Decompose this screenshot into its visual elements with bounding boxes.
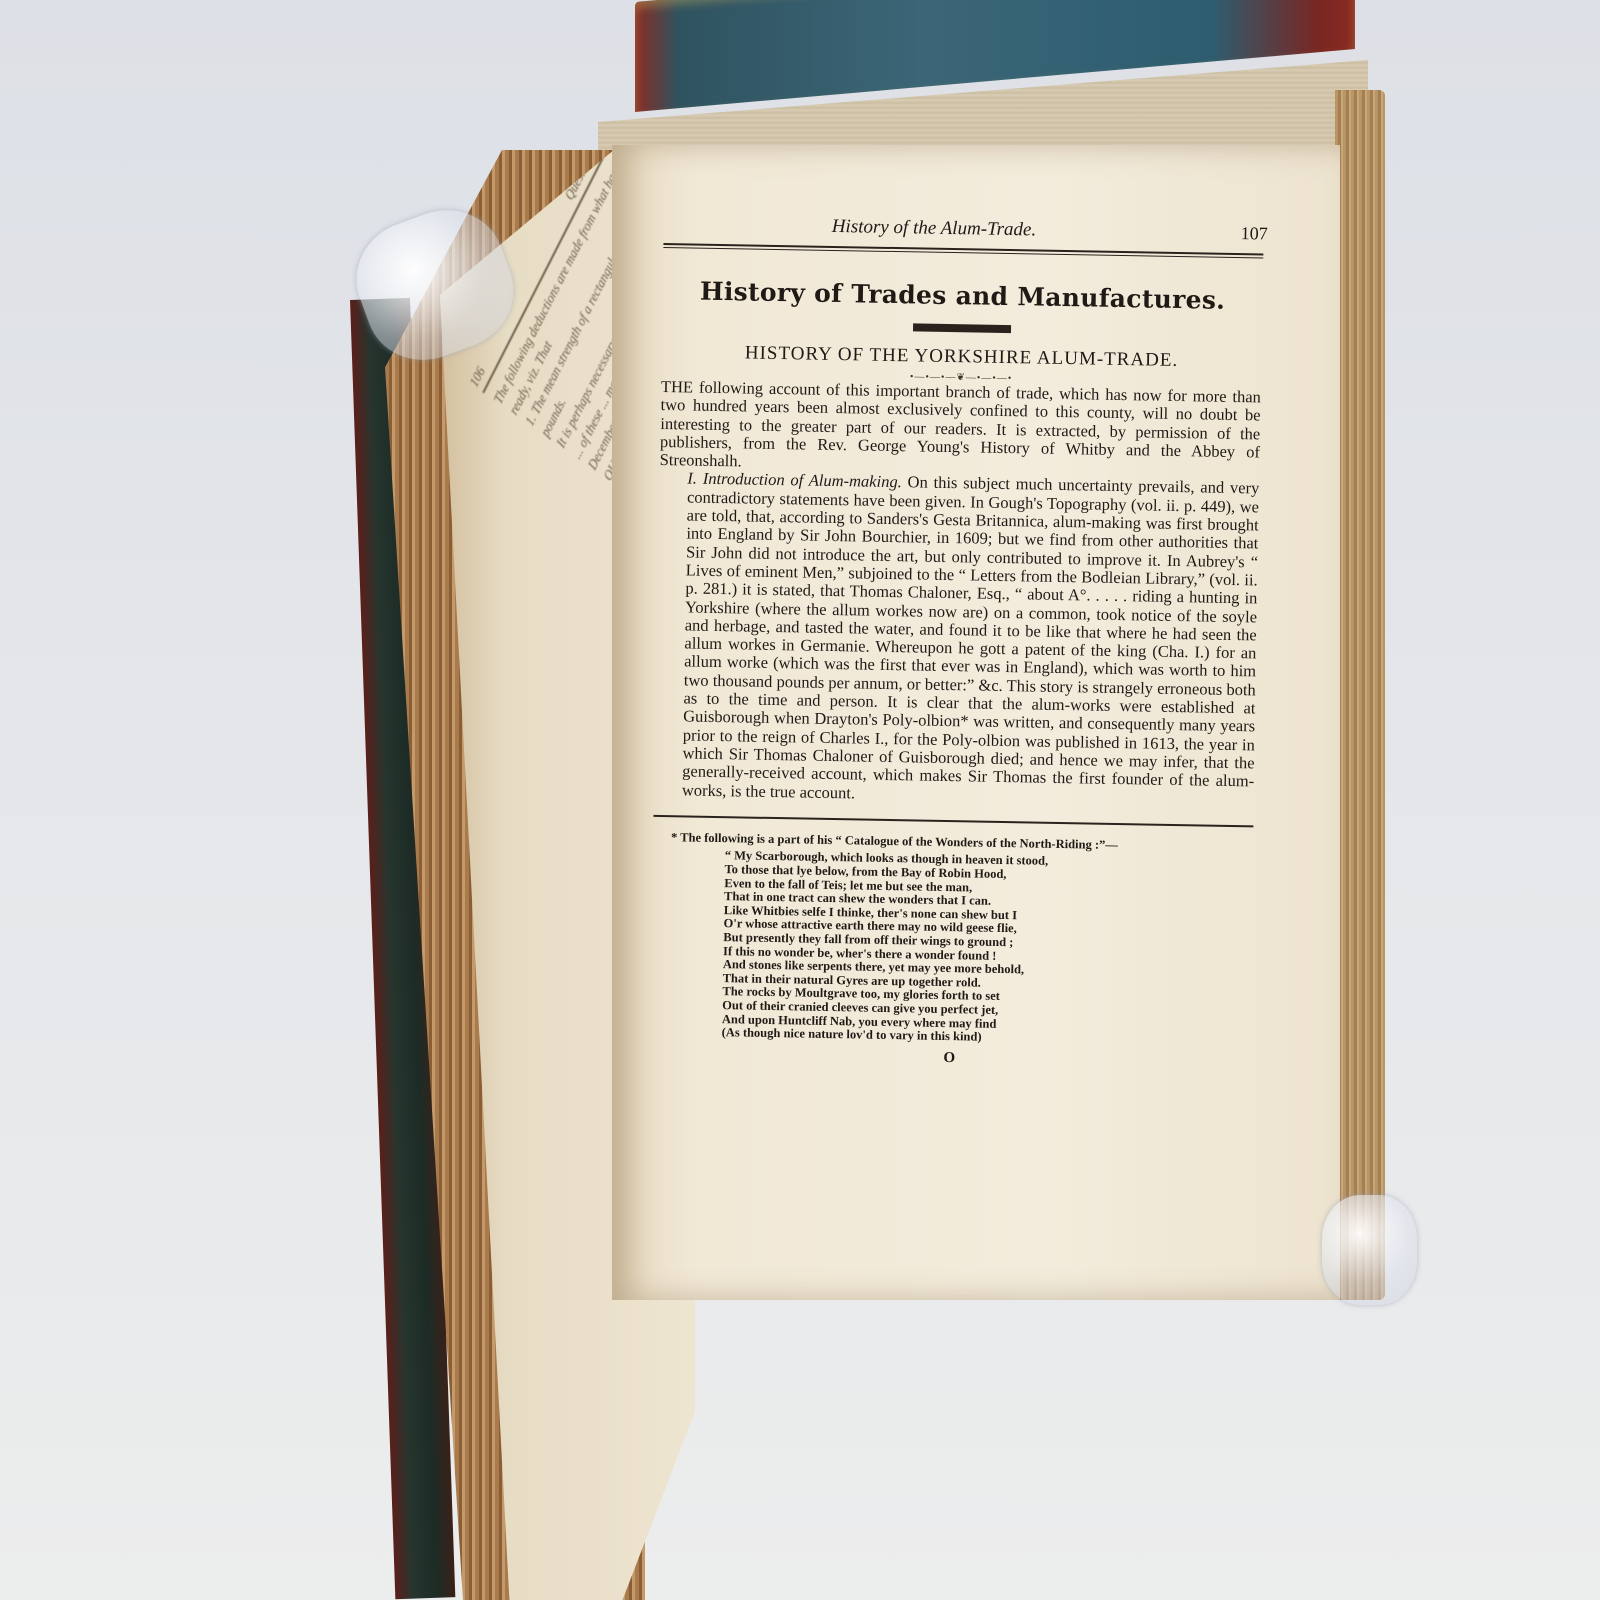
footnote-rule [653,815,1253,827]
footnote-poem: “ My Scarborough, which looks as though … [650,848,1253,1049]
fore-edge-right [1335,90,1385,1300]
body-text: THE following account of this important … [654,378,1261,809]
paragraph-body: On this subject much uncertainty prevail… [682,473,1260,802]
running-head-title: History of the Alum-Trade. [832,216,1037,242]
footnote: * The following is a part of his “ Catal… [649,831,1253,1071]
paragraph-introduction-of-alum-making: I. Introduction of Alum-making. On this … [654,469,1260,809]
recto-text-block: History of the Alum-Trade. 107 History o… [649,213,1264,1071]
page-number: 107 [1241,223,1268,244]
paragraph-intro: THE following account of this important … [660,378,1262,480]
title-divider-bar [913,323,1011,333]
section-title: History of Trades and Manufactures. [662,276,1262,315]
recto-page[interactable]: History of the Alum-Trade. 107 History o… [612,145,1340,1300]
page-clip-bottom-right [1322,1195,1417,1305]
signature-mark: O [649,1047,1249,1071]
left-page-number: 106 [465,363,490,391]
